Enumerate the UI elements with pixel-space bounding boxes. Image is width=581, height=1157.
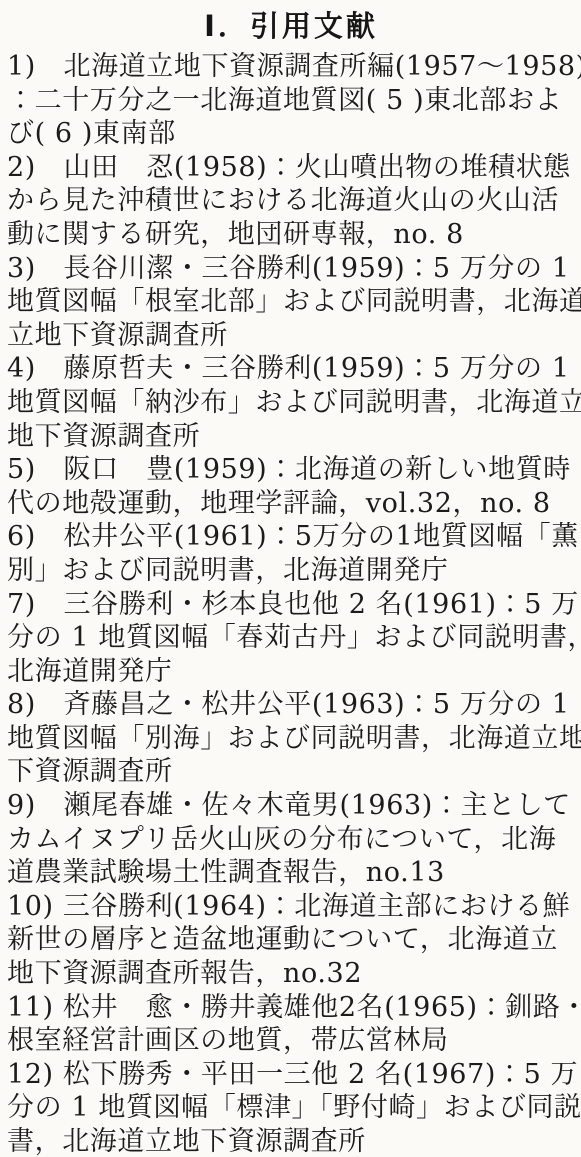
reference-entry-8: 8) 斉藤昌之・松井公平(1963)：5 万分の 1 地質図幅「別海」および同説… <box>7 688 575 789</box>
reference-entry-2: 2) 山田 忍(1958)：火山噴出物の堆積状態 から見た沖積世における北海道火… <box>7 151 575 252</box>
reference-line: 地質図幅「根室北部」および同説明書，北海道 <box>7 285 575 319</box>
reference-line: 下資源調査所 <box>7 755 575 789</box>
reference-entry-6: 6) 松井公平(1961)：5万分の1地質図幅「薫 別」および同説明書，北海道開… <box>7 520 575 587</box>
reference-line: 地質図幅「別海」および同説明書，北海道立地 <box>7 722 575 756</box>
reference-line: 1) 北海道立地下資源調査所編(1957～1958) <box>7 50 575 84</box>
reference-entry-4: 4) 藤原哲夫・三谷勝利(1959)：5 万分の 1 地質図幅「納沙布」および同… <box>7 352 575 453</box>
reference-line: 11) 松井 愈・勝井義雄他2名(1965)：釧路・ <box>7 991 575 1025</box>
reference-line: 立地下資源調査所 <box>7 319 575 353</box>
reference-line: 地質図幅「納沙布」および同説明書，北海道立 <box>7 386 575 420</box>
reference-line: 2) 山田 忍(1958)：火山噴出物の堆積状態 <box>7 151 575 185</box>
reference-line: 書，北海道立地下資源調査所 <box>7 1125 575 1157</box>
reference-entry-10: 10) 三谷勝利(1964)：北海道主部における鮮 新世の層序と造盆地運動につい… <box>7 890 575 991</box>
document-page: Ⅰ．引用文献 1) 北海道立地下資源調査所編(1957～1958) ：二十万分之… <box>0 0 581 1157</box>
reference-entry-1: 1) 北海道立地下資源調査所編(1957～1958) ：二十万分之一北海道地質図… <box>7 50 575 151</box>
reference-line: 7) 三谷勝利・杉本良也他 2 名(1961)：5 万 <box>7 588 575 622</box>
reference-entry-11: 11) 松井 愈・勝井義雄他2名(1965)：釧路・ 根室経営計画区の地質，帯広… <box>7 991 575 1058</box>
reference-line: 別」および同説明書，北海道開発庁 <box>7 554 575 588</box>
reference-line: 12) 松下勝秀・平田一三他 2 名(1967)：5 万 <box>7 1058 575 1092</box>
reference-line: 5) 阪口 豊(1959)：北海道の新しい地質時 <box>7 453 575 487</box>
reference-line: 8) 斉藤昌之・松井公平(1963)：5 万分の 1 <box>7 688 575 722</box>
reference-line: カムイヌプリ岳火山灰の分布について，北海 <box>7 823 575 857</box>
reference-line: 分の 1 地質図幅「春苅古丹」および同説明書， <box>7 621 575 655</box>
reference-line: 根室経営計画区の地質，帯広営林局 <box>7 1024 575 1058</box>
reference-line: 分の 1 地質図幅「標津」「野付崎」および同説明 <box>7 1091 575 1125</box>
reference-line: 新世の層序と造盆地運動について，北海道立 <box>7 923 575 957</box>
reference-entry-12: 12) 松下勝秀・平田一三他 2 名(1967)：5 万 分の 1 地質図幅「標… <box>7 1058 575 1157</box>
reference-line: 10) 三谷勝利(1964)：北海道主部における鮮 <box>7 890 575 924</box>
reference-line: 9) 瀬尾春雄・佐々木竜男(1963)：主として <box>7 789 575 823</box>
reference-entry-3: 3) 長谷川潔・三谷勝利(1959)：5 万分の 1 地質図幅「根室北部」および… <box>7 252 575 353</box>
reference-line: ：二十万分之一北海道地質図( 5 )東北部およ <box>7 84 575 118</box>
reference-line: 北海道開発庁 <box>7 655 575 689</box>
reference-line: 6) 松井公平(1961)：5万分の1地質図幅「薫 <box>7 520 575 554</box>
reference-line: 地下資源調査所 <box>7 420 575 454</box>
reference-line: 代の地殻運動，地理学評論，vol.32，no. 8 <box>7 487 575 521</box>
reference-line: 3) 長谷川潔・三谷勝利(1959)：5 万分の 1 <box>7 252 575 286</box>
reference-entry-5: 5) 阪口 豊(1959)：北海道の新しい地質時 代の地殻運動，地理学評論，vo… <box>7 453 575 520</box>
reference-line: 動に関する研究，地団研専報，no. 8 <box>7 218 575 252</box>
section-title: Ⅰ．引用文献 <box>7 8 575 44</box>
reference-line: から見た沖積世における北海道火山の火山活 <box>7 184 575 218</box>
reference-line: 地下資源調査所報告，no.32 <box>7 957 575 991</box>
reference-entry-7: 7) 三谷勝利・杉本良也他 2 名(1961)：5 万 分の 1 地質図幅「春苅… <box>7 588 575 689</box>
reference-line: 道農業試験場土性調査報告，no.13 <box>7 856 575 890</box>
reference-line: 4) 藤原哲夫・三谷勝利(1959)：5 万分の 1 <box>7 352 575 386</box>
reference-line: び( 6 )東南部 <box>7 117 575 151</box>
reference-entry-9: 9) 瀬尾春雄・佐々木竜男(1963)：主として カムイヌプリ岳火山灰の分布につ… <box>7 789 575 890</box>
